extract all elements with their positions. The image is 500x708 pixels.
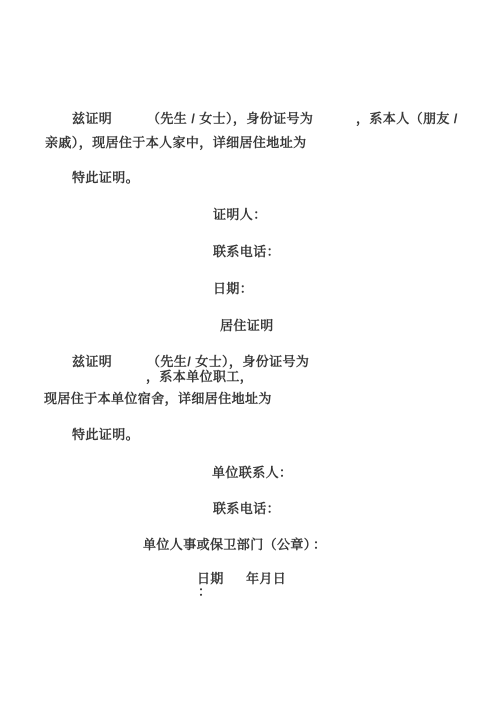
document-page: 兹证明（先生 / 女士），身份证号为，系本人（朋友 /亲戚），现居住于本人家中，…	[0, 0, 500, 708]
cert2-phone-label-segment: 联系电话：	[213, 502, 280, 516]
cert1-body-line1-segment: 兹证明	[72, 112, 112, 126]
cert2-body-line2: ，系本单位职工，	[0, 370, 500, 384]
cert2-title: 居住证明	[0, 319, 500, 333]
cert2-closing-line: 特此证明。	[0, 428, 500, 442]
cert1-body-line1-segment: ，系本人（朋友 /	[356, 112, 458, 126]
cert1-closing-line-segment: 特此证明。	[72, 171, 139, 185]
cert2-date-label: 日期年月日	[0, 572, 500, 586]
cert1-body-line2-segment: 亲戚），现居住于本人家中，详细居住地址为	[45, 136, 307, 150]
cert2-date-label-segment: 年月日	[246, 572, 286, 586]
cert2-title-segment: 居住证明	[220, 319, 274, 333]
cert1-signer-label-segment: 证明人：	[213, 208, 267, 222]
cert1-date-label-segment: 日期：	[213, 282, 253, 296]
cert2-body-line1-segment: 兹证明	[72, 355, 112, 369]
cert2-seal-label: 单位人事或保卫部门（公章）：	[0, 538, 500, 552]
cert1-body-line1: 兹证明（先生 / 女士），身份证号为，系本人（朋友 /	[0, 112, 500, 126]
cert2-seal-label-segment: ：	[313, 538, 326, 552]
cert2-body-line1-segment: （先生/ 女士），身份证号为	[147, 355, 309, 369]
cert1-phone-label-segment: 联系电话：	[213, 245, 280, 259]
screenshot-root: { "page": { "width": 500, "height": 708,…	[0, 0, 500, 708]
cert1-body-line1-segment: （先生 / 女士），身份证号为	[147, 112, 313, 126]
cert2-body-line3-segment: 现居住于本单位宿舍，详细居住地址为	[44, 392, 272, 406]
cert2-body-line2-segment: ，系本单位职工，	[146, 370, 253, 384]
cert2-body-line3: 现居住于本单位宿舍，详细居住地址为	[0, 392, 500, 406]
cert2-closing-line-segment: 特此证明。	[72, 428, 139, 442]
cert2-date-colon-segment: ：	[198, 585, 211, 599]
cert1-closing-line: 特此证明。	[0, 171, 500, 185]
cert2-body-line1: 兹证明（先生/ 女士），身份证号为	[0, 355, 500, 369]
cert2-seal-label-segment: 单位人事或保卫部门（公章）	[143, 538, 317, 552]
cert2-contact-label: 单位联系人：	[0, 466, 500, 480]
cert1-body-line2: 亲戚），现居住于本人家中，详细居住地址为	[0, 136, 500, 150]
cert2-phone-label: 联系电话：	[0, 502, 500, 516]
cert1-signer-label: 证明人：	[0, 208, 500, 222]
cert2-date-colon: ：	[0, 585, 500, 599]
cert1-phone-label: 联系电话：	[0, 245, 500, 259]
cert1-date-label: 日期：	[0, 282, 500, 296]
cert2-contact-label-segment: 单位联系人：	[212, 466, 292, 480]
